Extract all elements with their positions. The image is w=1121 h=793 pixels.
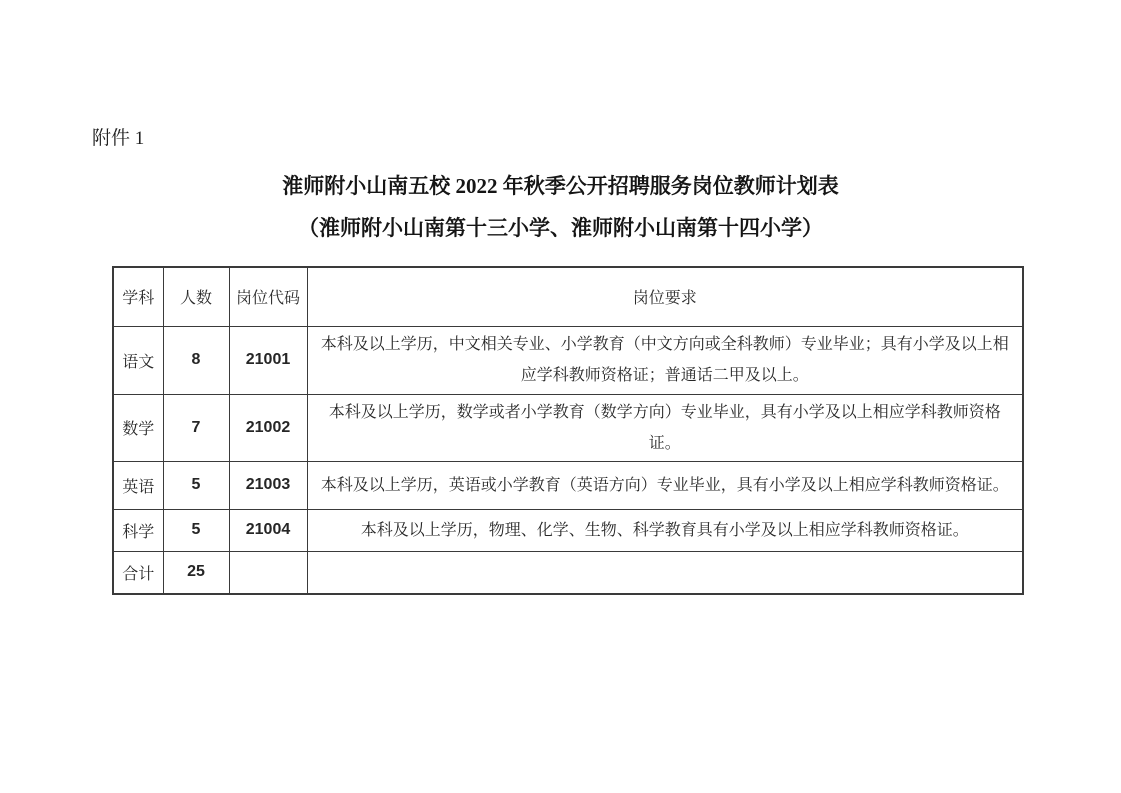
subject-cell: 英语 bbox=[113, 461, 163, 509]
count-cell: 8 bbox=[163, 326, 229, 394]
requirement-cell: 本科及以上学历，数学或者小学教育（数学方向）专业毕业，具有小学及以上相应学科教师… bbox=[307, 394, 1023, 461]
table-header-row: 学科 人数 岗位代码 岗位要求 bbox=[113, 267, 1023, 326]
table-row: 英语 5 21003 本科及以上学历，英语或小学教育（英语方向）专业毕业，具有小… bbox=[113, 461, 1023, 509]
recruitment-plan-table: 学科 人数 岗位代码 岗位要求 语文 8 21001 本科及以上学历，中文相关专… bbox=[112, 266, 1024, 595]
code-cell: 21004 bbox=[229, 509, 307, 551]
count-cell: 5 bbox=[163, 461, 229, 509]
total-label-cell: 合计 bbox=[113, 551, 163, 594]
header-cell-subject: 学科 bbox=[113, 267, 163, 326]
subject-cell: 数学 bbox=[113, 394, 163, 461]
code-cell: 21001 bbox=[229, 326, 307, 394]
count-cell: 5 bbox=[163, 509, 229, 551]
document-subtitle: （淮师附小山南第十三小学、淮师附小山南第十四小学） bbox=[0, 212, 1121, 242]
code-cell: 21002 bbox=[229, 394, 307, 461]
table-row: 数学 7 21002 本科及以上学历，数学或者小学教育（数学方向）专业毕业，具有… bbox=[113, 394, 1023, 461]
header-cell-code: 岗位代码 bbox=[229, 267, 307, 326]
attachment-label: 附件 1 bbox=[92, 123, 144, 150]
header-cell-count: 人数 bbox=[163, 267, 229, 326]
code-cell: 21003 bbox=[229, 461, 307, 509]
total-count-cell: 25 bbox=[163, 551, 229, 594]
table-row: 科学 5 21004 本科及以上学历，物理、化学、生物、科学教育具有小学及以上相… bbox=[113, 509, 1023, 551]
count-cell: 7 bbox=[163, 394, 229, 461]
requirement-cell: 本科及以上学历，英语或小学教育（英语方向）专业毕业，具有小学及以上相应学科教师资… bbox=[307, 461, 1023, 509]
total-requirement-cell bbox=[307, 551, 1023, 594]
table-total-row: 合计 25 bbox=[113, 551, 1023, 594]
subject-cell: 科学 bbox=[113, 509, 163, 551]
total-code-cell bbox=[229, 551, 307, 594]
document-title: 淮师附小山南五校 2022 年秋季公开招聘服务岗位教师计划表 bbox=[0, 170, 1121, 200]
subject-cell: 语文 bbox=[113, 326, 163, 394]
table-row: 语文 8 21001 本科及以上学历，中文相关专业、小学教育（中文方向或全科教师… bbox=[113, 326, 1023, 394]
requirement-cell: 本科及以上学历，中文相关专业、小学教育（中文方向或全科教师）专业毕业；具有小学及… bbox=[307, 326, 1023, 394]
header-cell-requirement: 岗位要求 bbox=[307, 267, 1023, 326]
requirement-cell: 本科及以上学历，物理、化学、生物、科学教育具有小学及以上相应学科教师资格证。 bbox=[307, 509, 1023, 551]
